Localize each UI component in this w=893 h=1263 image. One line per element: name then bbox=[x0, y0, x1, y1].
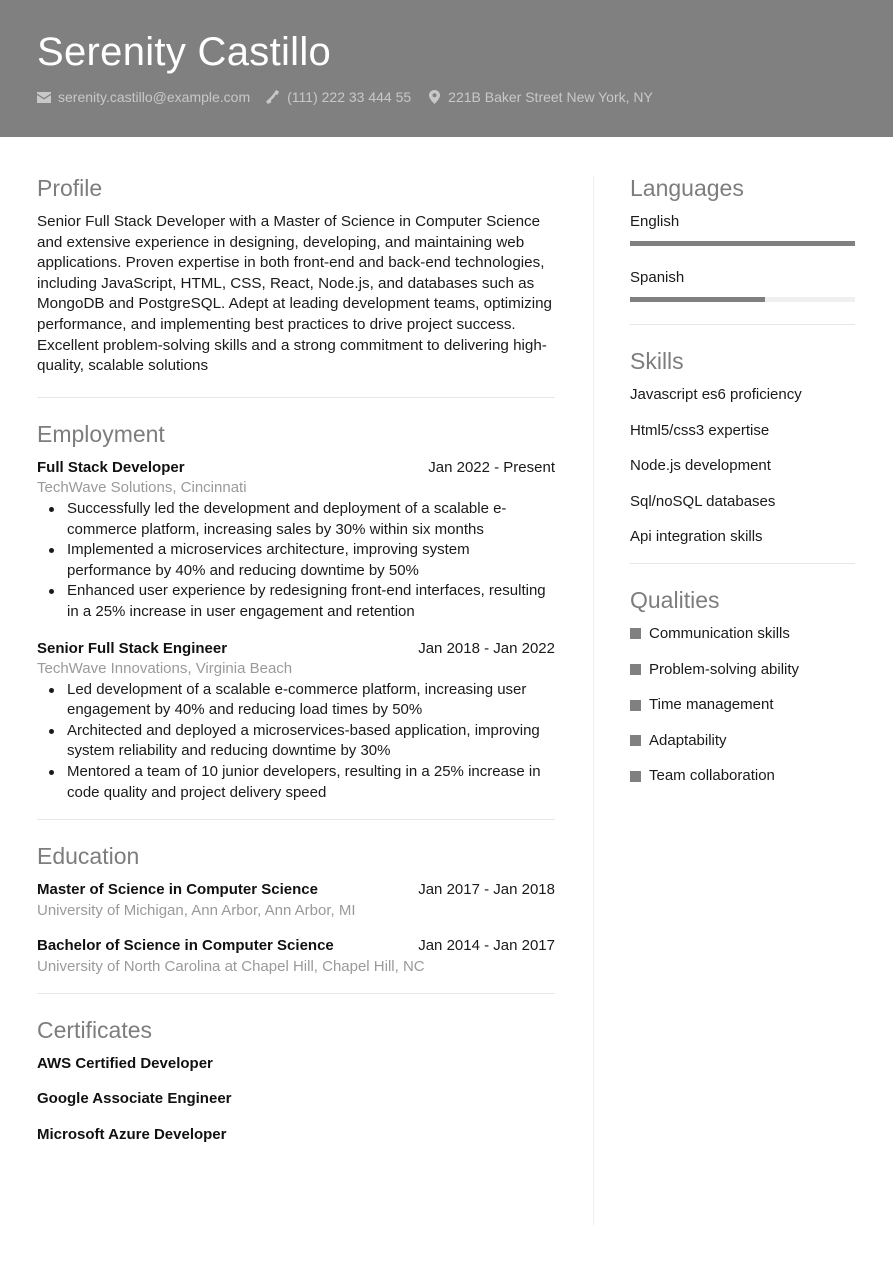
quality-item: Communication skills bbox=[630, 624, 855, 644]
education-date: Jan 2014 - Jan 2017 bbox=[418, 936, 555, 957]
candidate-name: Serenity Castillo bbox=[37, 30, 331, 75]
certificates-section: Certificates AWS Certified DeveloperGoog… bbox=[37, 1014, 555, 1146]
address-text: 221B Baker Street New York, NY bbox=[448, 89, 653, 105]
job-header: Full Stack DeveloperJan 2022 - Present bbox=[37, 458, 555, 479]
language-level-fill bbox=[630, 241, 855, 246]
job-header: Senior Full Stack EngineerJan 2018 - Jan… bbox=[37, 639, 555, 660]
main-column: Profile Senior Full Stack Developer with… bbox=[37, 172, 555, 1160]
envelope-icon bbox=[37, 90, 51, 104]
section-title: Languages bbox=[630, 172, 855, 204]
language-name: English bbox=[630, 212, 855, 232]
qualities-section: Qualities Communication skillsProblem-so… bbox=[630, 584, 855, 786]
language-level-bar bbox=[630, 297, 855, 302]
achievement-item: Enhanced user experience by redesigning … bbox=[37, 581, 555, 622]
job-date: Jan 2018 - Jan 2022 bbox=[418, 639, 555, 660]
sidebar-column: Languages EnglishSpanish Skills Javascri… bbox=[630, 172, 855, 802]
job-company: TechWave Solutions, Cincinnati bbox=[37, 478, 555, 499]
job-entry: Full Stack DeveloperJan 2022 - PresentTe… bbox=[37, 458, 555, 623]
job-achievements: Led development of a scalable e-commerce… bbox=[37, 680, 555, 804]
achievement-item: Led development of a scalable e-commerce… bbox=[37, 680, 555, 721]
job-title: Full Stack Developer bbox=[37, 458, 185, 479]
education-header: Master of Science in Computer ScienceJan… bbox=[37, 880, 555, 901]
quality-item: Time management bbox=[630, 695, 855, 715]
map-pin-icon bbox=[427, 90, 441, 104]
divider bbox=[630, 324, 855, 325]
section-title: Skills bbox=[630, 345, 855, 377]
achievement-item: Successfully led the development and dep… bbox=[37, 499, 555, 540]
achievement-item: Architected and deployed a microservices… bbox=[37, 721, 555, 762]
resume-header: Serenity Castillo serenity.castillo@exam… bbox=[0, 0, 893, 137]
square-bullet-icon bbox=[630, 771, 641, 782]
achievement-item: Mentored a team of 10 junior developers,… bbox=[37, 762, 555, 803]
skill-item: Api integration skills bbox=[630, 527, 855, 547]
achievement-item: Implemented a microservices architecture… bbox=[37, 540, 555, 581]
degree-title: Master of Science in Computer Science bbox=[37, 880, 318, 901]
email-text[interactable]: serenity.castillo@example.com bbox=[58, 89, 250, 105]
section-title: Education bbox=[37, 840, 555, 872]
quality-label: Communication skills bbox=[649, 624, 790, 644]
skill-item: Node.js development bbox=[630, 456, 855, 476]
languages-section: Languages EnglishSpanish bbox=[630, 172, 855, 302]
language-name: Spanish bbox=[630, 268, 855, 288]
phone-icon bbox=[266, 90, 280, 104]
skill-item: Html5/css3 expertise bbox=[630, 421, 855, 441]
quality-item: Problem-solving ability bbox=[630, 660, 855, 680]
profile-summary: Senior Full Stack Developer with a Maste… bbox=[37, 212, 555, 377]
column-divider bbox=[593, 176, 594, 1225]
education-header: Bachelor of Science in Computer ScienceJ… bbox=[37, 936, 555, 957]
quality-label: Team collaboration bbox=[649, 766, 775, 786]
quality-label: Problem-solving ability bbox=[649, 660, 799, 680]
language-level-fill bbox=[630, 297, 765, 302]
job-achievements: Successfully led the development and dep… bbox=[37, 499, 555, 623]
square-bullet-icon bbox=[630, 735, 641, 746]
quality-item: Adaptability bbox=[630, 731, 855, 751]
job-date: Jan 2022 - Present bbox=[428, 458, 555, 479]
job-title: Senior Full Stack Engineer bbox=[37, 639, 227, 660]
square-bullet-icon bbox=[630, 700, 641, 711]
section-title: Qualities bbox=[630, 584, 855, 616]
quality-item: Team collaboration bbox=[630, 766, 855, 786]
school-name: University of North Carolina at Chapel H… bbox=[37, 957, 555, 978]
certificate-item: Google Associate Engineer bbox=[37, 1089, 555, 1110]
quality-label: Time management bbox=[649, 695, 774, 715]
quality-label: Adaptability bbox=[649, 731, 727, 751]
education-section: Education Master of Science in Computer … bbox=[37, 840, 555, 977]
contact-info: serenity.castillo@example.com (111) 222 … bbox=[37, 89, 669, 105]
contact-address: 221B Baker Street New York, NY bbox=[427, 89, 653, 105]
certificate-item: AWS Certified Developer bbox=[37, 1054, 555, 1075]
divider bbox=[630, 563, 855, 564]
language-item: English bbox=[630, 212, 855, 246]
education-date: Jan 2017 - Jan 2018 bbox=[418, 880, 555, 901]
education-entry: Bachelor of Science in Computer ScienceJ… bbox=[37, 936, 555, 977]
contact-email: serenity.castillo@example.com bbox=[37, 89, 250, 105]
section-title: Certificates bbox=[37, 1014, 555, 1046]
certificate-item: Microsoft Azure Developer bbox=[37, 1125, 555, 1146]
phone-text[interactable]: (111) 222 33 444 55 bbox=[287, 89, 411, 105]
divider bbox=[37, 819, 555, 820]
language-level-bar bbox=[630, 241, 855, 246]
profile-section: Profile Senior Full Stack Developer with… bbox=[37, 172, 555, 377]
divider bbox=[37, 397, 555, 398]
contact-phone: (111) 222 33 444 55 bbox=[266, 89, 411, 105]
section-title: Employment bbox=[37, 418, 555, 450]
employment-section: Employment Full Stack DeveloperJan 2022 … bbox=[37, 418, 555, 804]
degree-title: Bachelor of Science in Computer Science bbox=[37, 936, 334, 957]
education-entry: Master of Science in Computer ScienceJan… bbox=[37, 880, 555, 921]
skills-section: Skills Javascript es6 proficiencyHtml5/c… bbox=[630, 345, 855, 547]
square-bullet-icon bbox=[630, 628, 641, 639]
divider bbox=[37, 993, 555, 994]
skill-item: Sql/noSQL databases bbox=[630, 492, 855, 512]
school-name: University of Michigan, Ann Arbor, Ann A… bbox=[37, 901, 555, 922]
job-entry: Senior Full Stack EngineerJan 2018 - Jan… bbox=[37, 639, 555, 804]
section-title: Profile bbox=[37, 172, 555, 204]
job-company: TechWave Innovations, Virginia Beach bbox=[37, 659, 555, 680]
skill-item: Javascript es6 proficiency bbox=[630, 385, 855, 405]
language-item: Spanish bbox=[630, 268, 855, 302]
square-bullet-icon bbox=[630, 664, 641, 675]
